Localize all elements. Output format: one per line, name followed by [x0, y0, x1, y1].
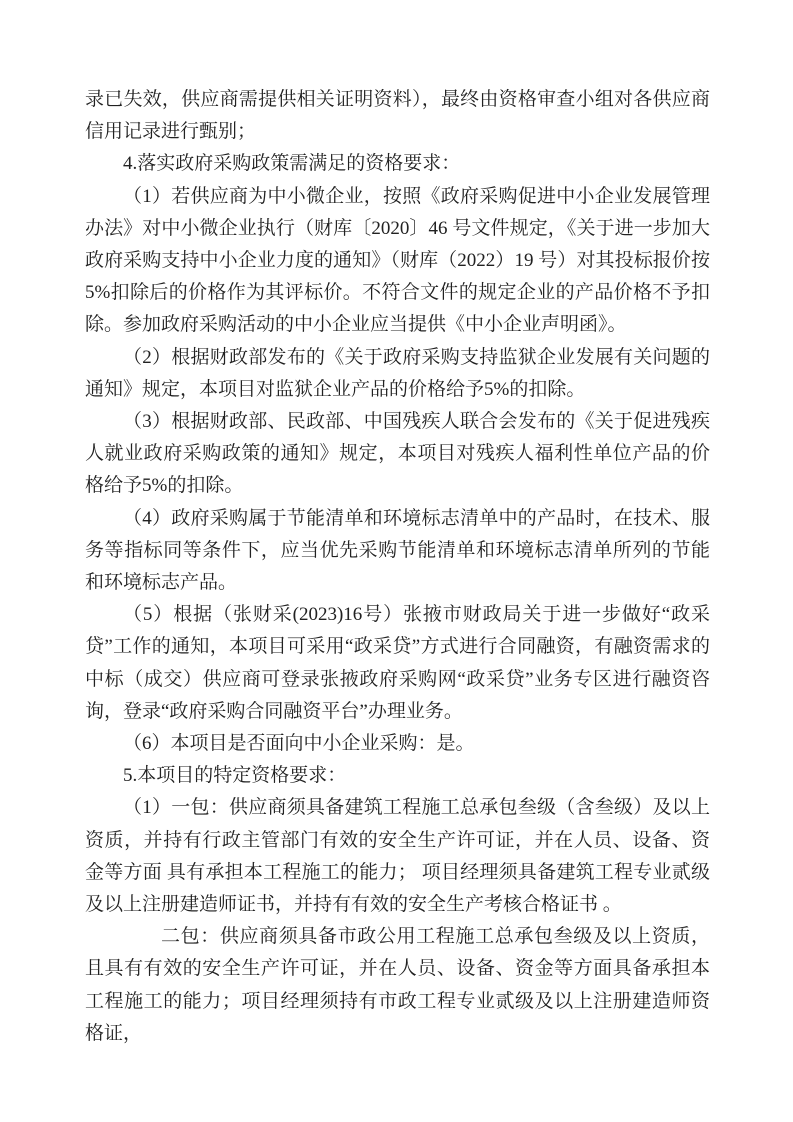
heading-clause-5-specific-qualifications: 5.本项目的特定资格要求： [85, 760, 710, 792]
heading-clause-4-policy-requirements: 4.落实政府采购政策需满足的资格要求： [85, 148, 710, 180]
para-clause-4-item-3-disabled-welfare-units: （3）根据财政部、民政部、中国残疾人联合会发布的《关于促进残疾人就业政府采购政策… [85, 406, 710, 503]
para-clause-4-item-6-sme-procurement-yes: （6）本项目是否面向中小企业采购：是。 [85, 728, 710, 760]
para-clause-5-package-2-requirements: 二包：供应商须具备市政公用工程施工总承包叁级及以上资质，且具有有效的安全生产许可… [85, 921, 710, 1050]
para-clause-5-package-1-requirements: （1）一包：供应商须具备建筑工程施工总承包叁级（含叁级）及以上资质，并持有行政主… [85, 792, 710, 921]
para-clause-4-item-4-energy-saving-products: （4）政府采购属于节能清单和环境标志清单中的产品时，在技术、服务等指标同等条件下… [85, 503, 710, 600]
para-clause-4-item-1-sme-price-deduction: （1）若供应商为中小微企业，按照《政府采购促进中小企业发展管理办法》对中小微企业… [85, 181, 710, 342]
para-clause-4-item-2-prison-enterprises: （2）根据财政部发布的《关于政府采购支持监狱企业发展有关问题的通知》规定，本项目… [85, 342, 710, 406]
para-clause-4-item-5-zhengcaidai-financing: （5）根据（张财采(2023)16号）张掖市财政局关于进一步做好“政采贷”工作的… [85, 599, 710, 728]
document-page: 录已失效，供应商需提供相关证明资料），最终由资格审查小组对各供应商信用记录进行甄… [0, 0, 793, 1122]
para-credit-record-continuation: 录已失效，供应商需提供相关证明资料），最终由资格审查小组对各供应商信用记录进行甄… [85, 84, 710, 148]
